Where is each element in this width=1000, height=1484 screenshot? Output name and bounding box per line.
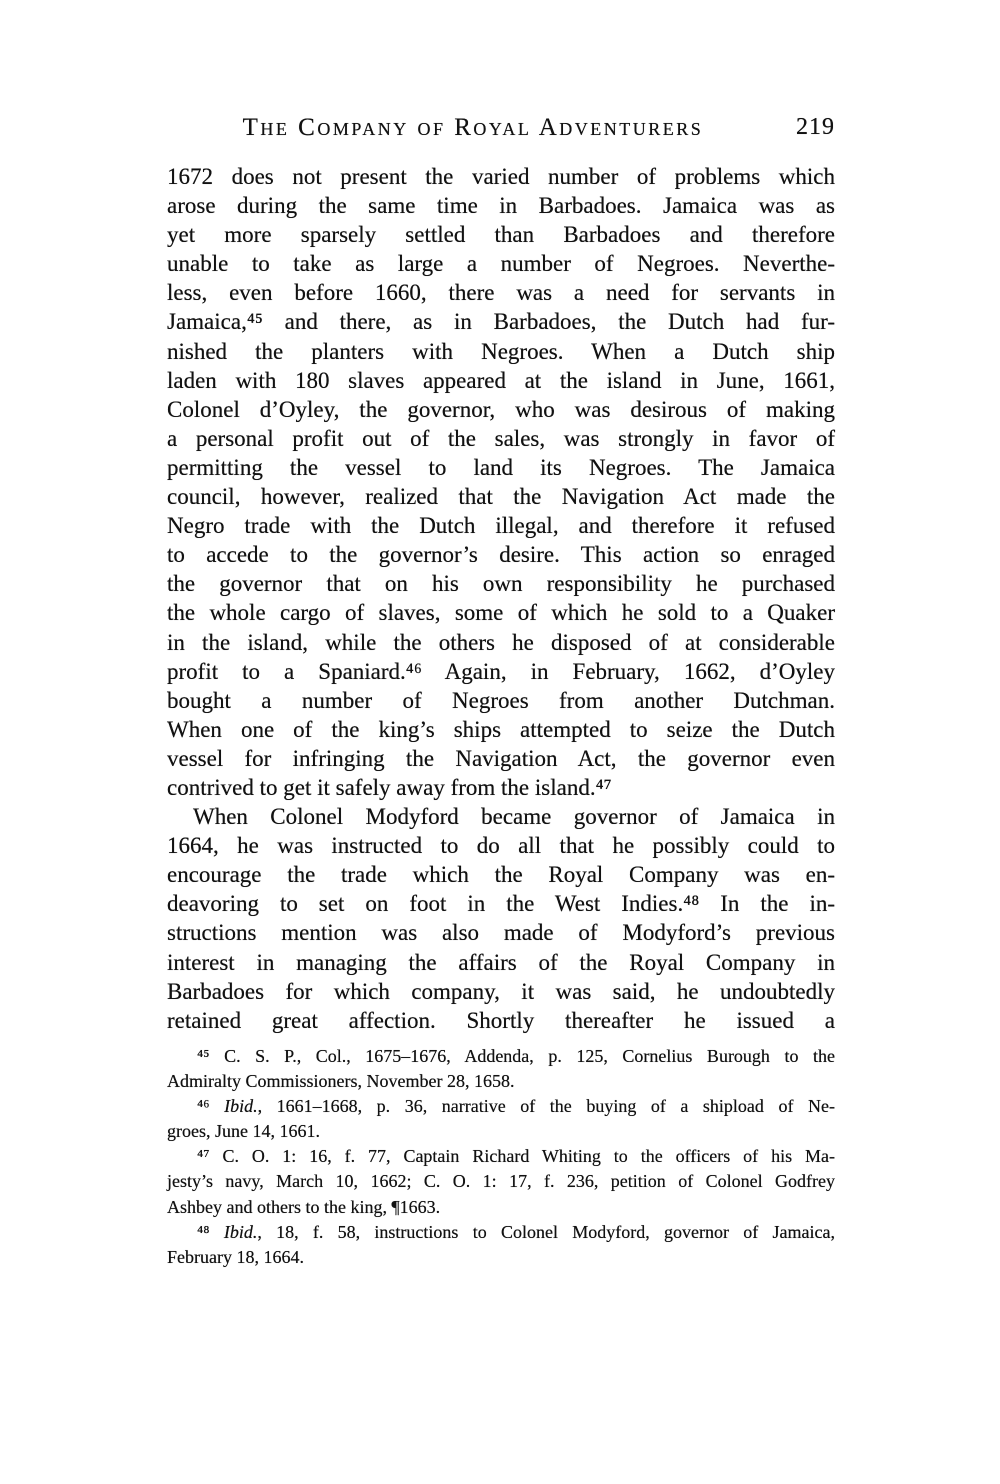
footnote-48: ⁴⁸ Ibid., 18, f. 58, instructions to Col… [167, 1220, 835, 1270]
text-line: to accede to the governor’s desire. This… [167, 540, 835, 569]
text-line: in the island, while the others he dispo… [167, 628, 835, 657]
footnote-46: ⁴⁶ Ibid., 1661–1668, p. 36, narrative of… [167, 1094, 835, 1144]
text-line: Negro trade with the Dutch illegal, and … [167, 511, 835, 540]
text-line: When Colonel Modyford became governor of… [167, 802, 835, 831]
text-line: Admiralty Commissioners, November 28, 16… [167, 1069, 835, 1094]
page-title: The Company of Royal Adventurers [167, 114, 779, 142]
book-page: The Company of Royal Adventurers 219 167… [0, 0, 1000, 1484]
text-line: ⁴⁷ C. O. 1: 16, f. 77, Captain Richard W… [167, 1144, 835, 1169]
text-line: encourage the trade which the Royal Comp… [167, 860, 835, 889]
text-line: Colonel d’Oyley, the governor, who was d… [167, 395, 835, 424]
text-line: ⁴⁵ C. S. P., Col., 1675–1676, Addenda, p… [167, 1044, 835, 1069]
text-line: ⁴⁸ Ibid., 18, f. 58, instructions to Col… [167, 1220, 835, 1245]
text-line: council, however, realized that the Navi… [167, 482, 835, 511]
body-text: 1672 does not present the varied number … [167, 162, 835, 1035]
footnote-45: ⁴⁵ C. S. P., Col., 1675–1676, Addenda, p… [167, 1044, 835, 1094]
text-line: the governor that on his own responsibil… [167, 569, 835, 598]
text-line: permitting the vessel to land its Negroe… [167, 453, 835, 482]
text-line: When one of the king’s ships attempted t… [167, 715, 835, 744]
text-line: ⁴⁶ Ibid., 1661–1668, p. 36, narrative of… [167, 1094, 835, 1119]
text-line: February 18, 1664. [167, 1245, 835, 1270]
text-line: Barbadoes for which company, it was said… [167, 977, 835, 1006]
text-line: unable to take as large a number of Negr… [167, 249, 835, 278]
text-line: yet more sparsely settled than Barbadoes… [167, 220, 835, 249]
text-line: 1672 does not present the varied number … [167, 162, 835, 191]
text-line: interest in managing the affairs of the … [167, 948, 835, 977]
footnotes: ⁴⁵ C. S. P., Col., 1675–1676, Addenda, p… [167, 1044, 835, 1270]
text-line: Jamaica,⁴⁵ and there, as in Barbadoes, t… [167, 307, 835, 336]
running-head: The Company of Royal Adventurers 219 [167, 114, 835, 146]
text-line: jesty’s navy, March 10, 1662; C. O. 1: 1… [167, 1169, 835, 1194]
text-line: vessel for infringing the Navigation Act… [167, 744, 835, 773]
page-number: 219 [796, 114, 835, 141]
text-line: groes, June 14, 1661. [167, 1119, 835, 1144]
text-line: nished the planters with Negroes. When a… [167, 337, 835, 366]
text-line: deavoring to set on foot in the West Ind… [167, 889, 835, 918]
text-line: the whole cargo of slaves, some of which… [167, 598, 835, 627]
text-line: 1664, he was instructed to do all that h… [167, 831, 835, 860]
text-line: arose during the same time in Barbadoes.… [167, 191, 835, 220]
text-line: laden with 180 slaves appeared at the is… [167, 366, 835, 395]
text-line: less, even before 1660, there was a need… [167, 278, 835, 307]
text-line: contrived to get it safely away from the… [167, 773, 835, 802]
text-line: structions mention was also made of Mody… [167, 918, 835, 947]
paragraph-1: 1672 does not present the varied number … [167, 162, 835, 802]
footnote-47: ⁴⁷ C. O. 1: 16, f. 77, Captain Richard W… [167, 1144, 835, 1219]
text-line: Ashbey and others to the king, ¶1663. [167, 1195, 835, 1220]
text-line: retained great affection. Shortly therea… [167, 1006, 835, 1035]
text-line: bought a number of Negroes from another … [167, 686, 835, 715]
paragraph-2: When Colonel Modyford became governor of… [167, 802, 835, 1035]
text-line: profit to a Spaniard.⁴⁶ Again, in Februa… [167, 657, 835, 686]
text-line: a personal profit out of the sales, was … [167, 424, 835, 453]
